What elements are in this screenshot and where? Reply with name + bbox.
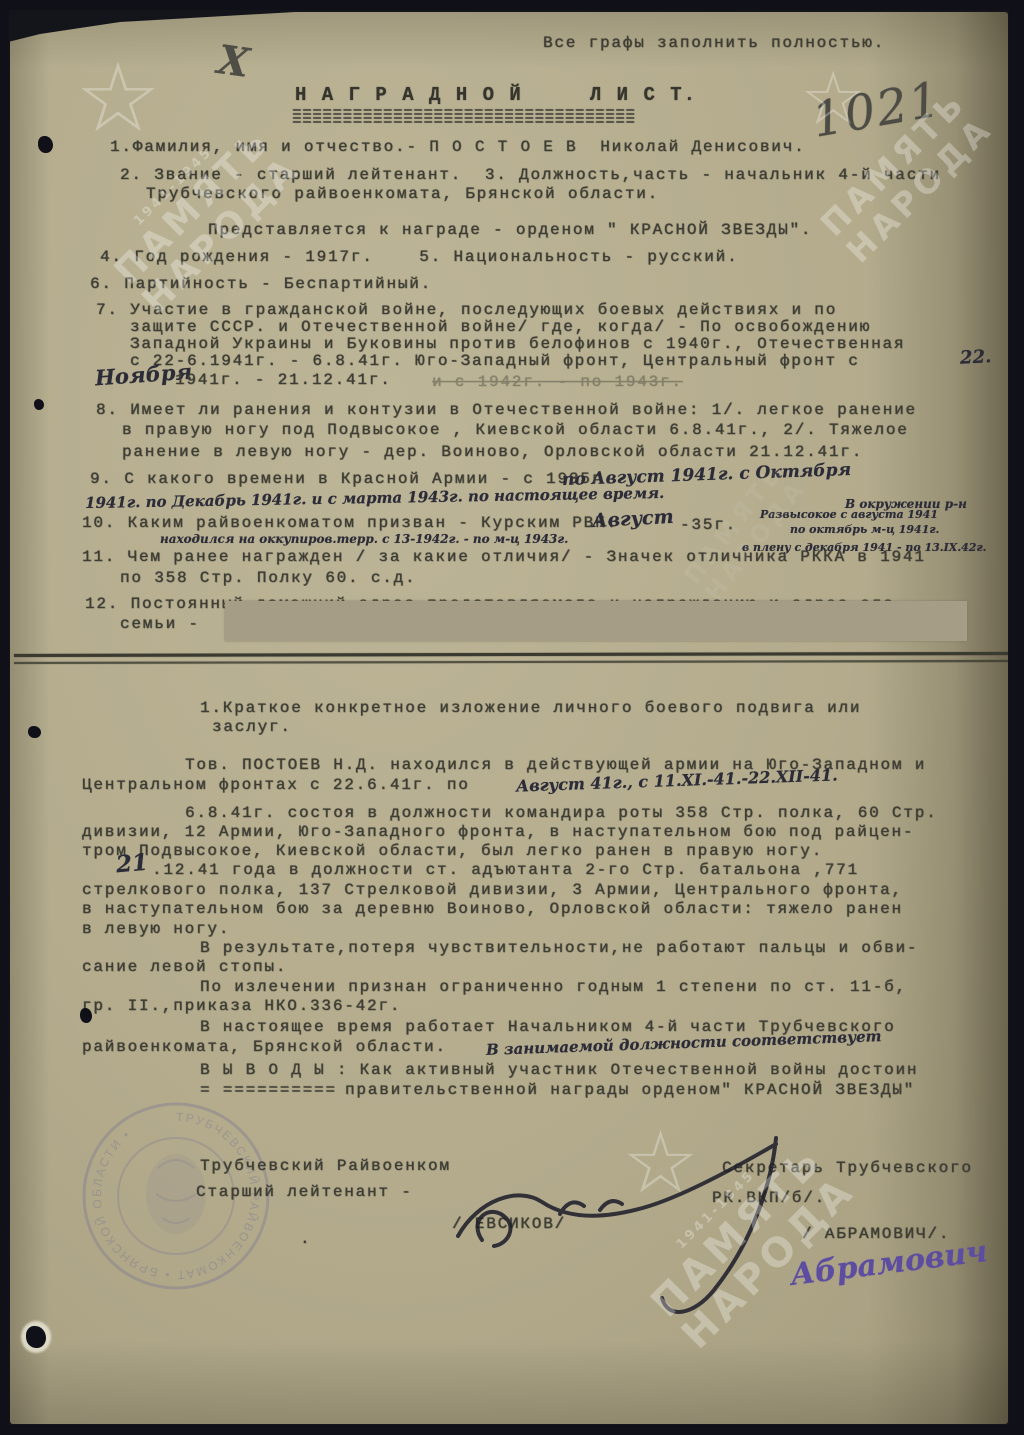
typed-line: заслуг.: [212, 718, 292, 736]
typed-line: В результате,потеря чувствительности,не …: [200, 939, 918, 957]
typed-line: в наступательном бою за деревню Воиново,…: [82, 900, 903, 918]
typed-line: в правую ногу под Подвысокое , Киевской …: [122, 421, 909, 439]
handwritten-note: находился на оккупиров.терр. с 13-1942г.…: [160, 532, 568, 546]
typed-line: гр. II.,приказа НКО.336-42г.: [82, 997, 401, 1015]
typed-line: с 22-6.1941г. - 6.8.41г. Юго-Западный фр…: [130, 352, 860, 370]
struck-through-text: и с 1942г. - по 1943г.: [432, 373, 683, 391]
typed-line: 1941г. - 21.12.41г.: [175, 371, 392, 389]
typed-line: -35г.: [680, 516, 737, 534]
typed-line: стрелкового полка, 137 Стрелковой дивизи…: [82, 881, 903, 899]
note-fill-all: Все графы заполнить полностью.: [543, 34, 885, 52]
typed-line: = ==========: [200, 1081, 337, 1099]
handwritten-note: по октябрь м-ц 1941г.: [790, 523, 939, 536]
typed-line: ранение в левую ногу - дер. Воиново, Орл…: [122, 443, 863, 461]
handwritten-check-mark: X: [215, 36, 252, 87]
typed-line: по 358 Стр. Полку 60. с.д.: [120, 569, 416, 587]
typed-line: Трубчевского райвоенкомата, Брянской обл…: [146, 185, 659, 203]
typed-line: семьи -: [120, 615, 200, 633]
typed-line: дивизии, 12 Армии, Юго-Западного фронта,…: [82, 823, 914, 841]
field-party: 6. Партийность - Беспартийный.: [90, 275, 432, 293]
title-underline-2: ==================================: [292, 112, 635, 130]
field-rank-position: 2. Звание - старший лейтенант. 3. Должно…: [120, 166, 941, 184]
signature-evsikov: [420, 1118, 840, 1328]
document-title: Н А Г Р А Д Н О Й Л И С Т.: [295, 84, 697, 106]
field-prior-awards: 11. Чем ранее награжден / за какие отлич…: [82, 548, 926, 566]
paper-hole: [26, 1326, 46, 1348]
typed-line: в левую ногу.: [82, 920, 230, 938]
typed-line: защите СССР. и Отечественной войне/ где,…: [130, 318, 871, 336]
field-award: Представляется к награде - орденом " КРА…: [208, 221, 812, 239]
handwritten-note: Август: [591, 506, 674, 532]
signer-left-title: Трубчевский Райвоенком: [200, 1157, 451, 1175]
conclusions: В Ы В О Д Ы : Как активный участник Отеч…: [200, 1061, 918, 1079]
scanned-award-sheet: X 1021 Н А Г Р А Д Н О Й Л И С Т. ======…: [0, 0, 1024, 1435]
handwritten-note: 21: [115, 849, 149, 879]
typed-line: сание левой стопы.: [82, 958, 287, 976]
typed-line: тром Подвысокое, Киевской области, был л…: [82, 842, 823, 860]
typed-line: .: [300, 1230, 311, 1248]
handwritten-note: 22.: [959, 346, 991, 369]
scan-edge-right: [1009, 0, 1024, 1435]
paper-hole: [80, 1008, 92, 1023]
handwritten-note: Развысокое с августа 1941: [760, 508, 938, 521]
typed-line: 6.8.41г. состоя в должности командира ро…: [185, 804, 938, 822]
typed-line: правительственной награды орденом" КРАСН…: [345, 1081, 915, 1099]
redacted-address-block: [225, 601, 967, 641]
paper-hole: [28, 726, 41, 738]
section-feat-heading: 1.Краткое конкретное изложение личного б…: [200, 699, 861, 717]
scan-edge-left: [0, 0, 9, 1435]
paper-hole: [38, 136, 53, 153]
field-name: 1.Фамилия, имя и отчество.- П О С Т О Е …: [110, 138, 806, 156]
typed-line: Западной Украины и Буковины против белоф…: [130, 335, 905, 353]
typed-line: .12.41 года в должности ст. адъютанта 2-…: [152, 861, 859, 879]
typed-line: Старший лейтенант -: [196, 1183, 413, 1201]
scan-edge-bottom: [0, 1425, 1024, 1435]
typed-line: По излечении признан ограниченно годным …: [200, 978, 907, 996]
field-combat-service: 7. Участие в гражданской войне, последую…: [96, 301, 837, 319]
field-wounds: 8. Имеет ли ранения и контузии в Отечест…: [96, 401, 917, 419]
paper-hole: [34, 399, 44, 410]
typed-line: райвоенкомата, Брянской области.: [82, 1038, 447, 1056]
typed-line: Центральном фронтах с 22.6.41г. по: [82, 776, 470, 794]
field-drafted-by: 10. Каким райвоенкоматом призван - Курск…: [82, 514, 618, 532]
scan-edge-top: [0, 0, 1024, 10]
field-birth-nationality: 4. Год рождения - 1917г. 5. Национальнос…: [100, 248, 739, 266]
